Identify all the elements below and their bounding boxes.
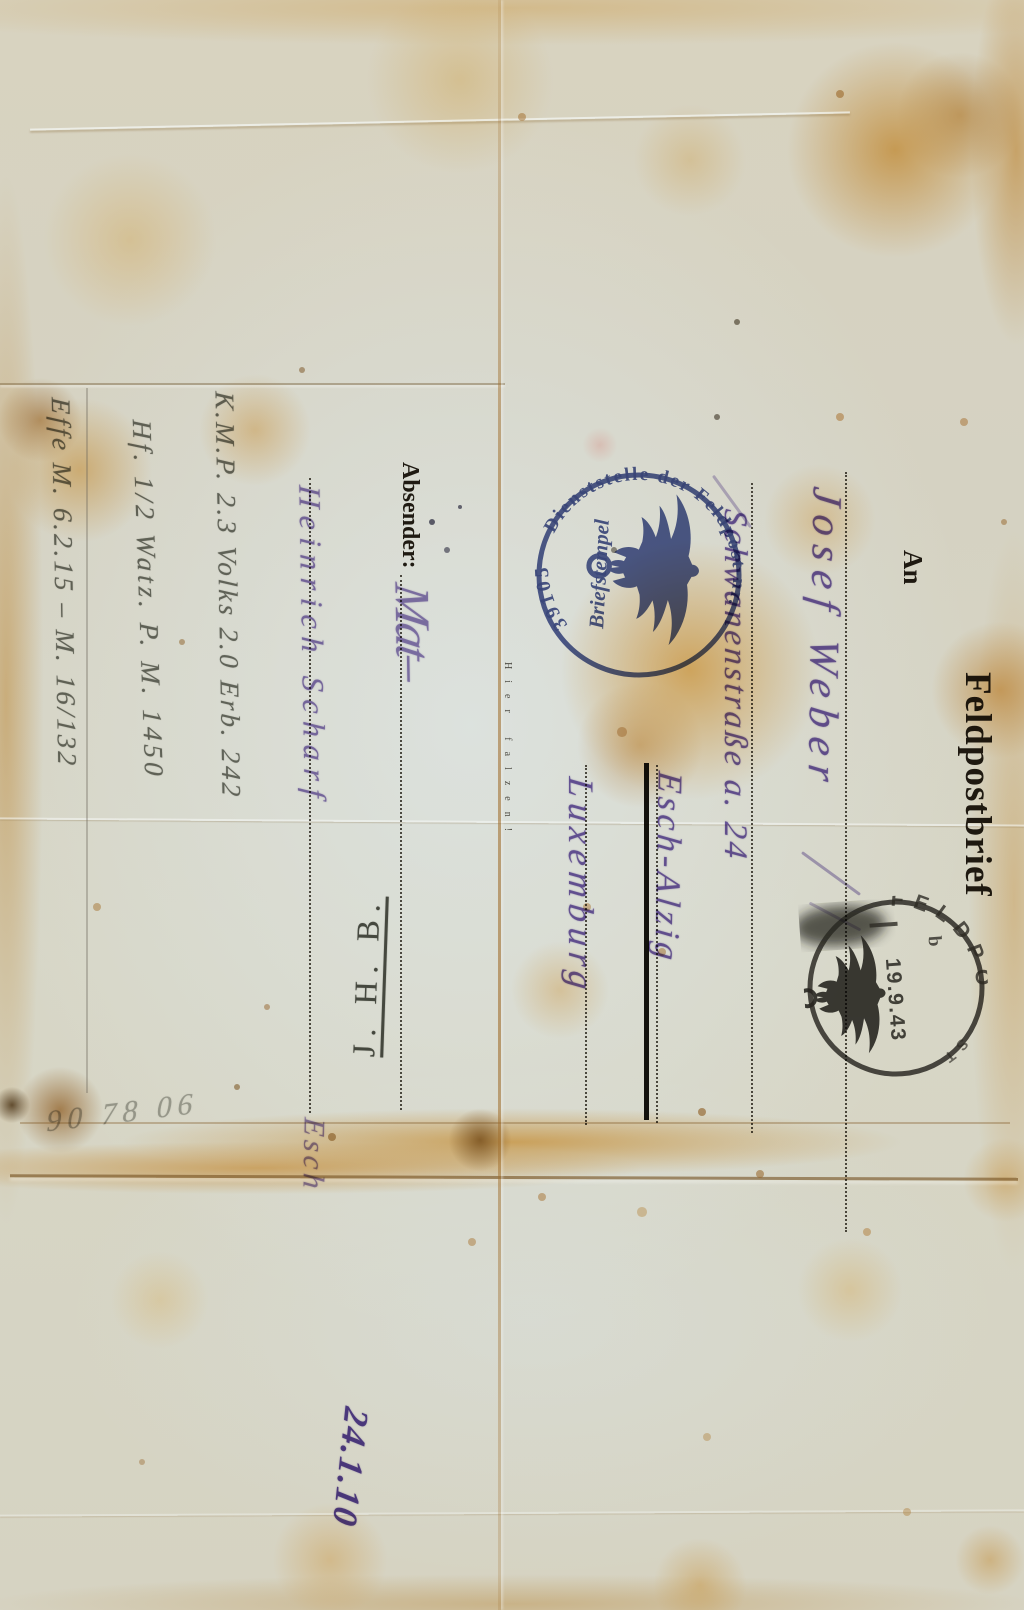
pencil-note-3: K.M.P. 2.3 Volks 2.0 Erb. 242 <box>208 391 246 800</box>
pencil-note-1: Effe M. 6.2.15 – M. 16/132 <box>45 397 82 769</box>
feldpost-postmark: FELDPOST ST 19.9.43 b <box>798 890 994 1086</box>
flap-left-edge <box>86 388 88 1093</box>
handwriting-addressee-country: Luxemburg <box>560 775 602 997</box>
handwriting-sender-town: Esch <box>295 1116 330 1194</box>
paper-speckles <box>0 0 4 4</box>
an-label: An <box>897 550 928 585</box>
handwriting-addressee-town: Esch-Alzig <box>646 770 689 967</box>
briefstempel-inner-label: Briefstempel <box>584 518 614 630</box>
fold-band-line <box>10 1174 1018 1181</box>
postmark-code-letter: b <box>923 935 945 947</box>
form-title: Feldpostbrief <box>956 672 999 897</box>
handwriting-addressee-name: Josef Weber <box>798 484 851 793</box>
handwriting-addressee-street: Schwanenstraße a. 24 <box>716 508 753 863</box>
pencil-initials: J. H. B. <box>345 895 388 1057</box>
svg-text:39105 A: 39105 A <box>522 458 581 635</box>
fold-here-hint: Hier falzen! <box>502 662 513 842</box>
postmark-graphic: FELDPOST ST 19.9.43 b <box>798 890 994 1086</box>
briefstempel-number: 39105 A <box>522 458 581 635</box>
postmark-date: 19.9.43 <box>881 957 910 1042</box>
handwriting-absender-scribble: Mat– <box>383 580 442 683</box>
purple-stroke-over-postmark <box>801 851 861 896</box>
feldpost-letter-scan: Feldpostbrief An Absender: Hier falzen! … <box>0 0 1024 1610</box>
handwriting-sender-name: Heinrich Scharf <box>291 484 332 807</box>
absender-label: Absender: <box>396 462 423 569</box>
flap-top-edge <box>0 383 505 385</box>
pencil-fold-scrawl: 90 78 06 <box>46 1087 198 1140</box>
pencil-note-2: Hf. 1/2 Watz. P. M. 1450 <box>126 419 170 780</box>
crease-top <box>30 111 850 130</box>
center-fold-vertical <box>498 0 501 1610</box>
crease-low <box>0 1509 1024 1516</box>
